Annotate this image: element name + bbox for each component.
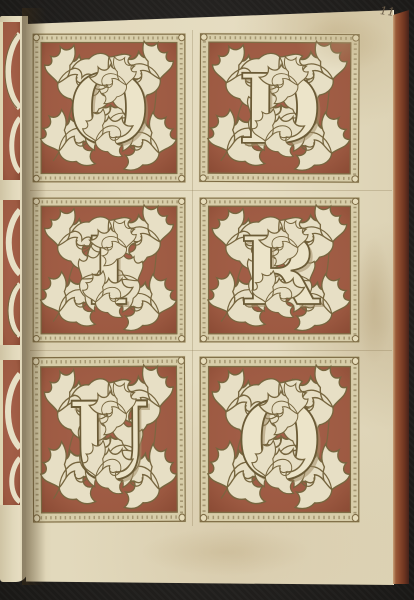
frame-corner-knob (33, 336, 39, 342)
frame-corner-knob (353, 35, 359, 41)
frame-corner-knob (33, 198, 39, 204)
frame-corner-knob (352, 514, 358, 521)
frame-corner-knob (179, 336, 185, 342)
frame-corner-knob (200, 357, 206, 364)
frame-corner-knob (200, 514, 206, 521)
frame-corner-knob (179, 175, 185, 181)
frame-corner-knob (352, 176, 358, 182)
folio-number: 11 (379, 4, 395, 19)
initial-panel-art: O O (32, 33, 186, 183)
facing-page-ornament-fragment (0, 360, 20, 505)
initial-panel-art: I I (32, 197, 186, 343)
ruling-line-horizontal (30, 350, 392, 351)
initial-panel-d-r1c2: D D (199, 33, 360, 183)
ruling-line-horizontal (30, 190, 392, 191)
facing-page-sliver (0, 16, 28, 582)
ruling-line-vertical (192, 30, 193, 526)
manuscript-photo-scene: 11 (0, 0, 414, 600)
initial-panel-o-r1c1: O O (32, 33, 186, 183)
ornament-fragment-art (0, 360, 20, 505)
initial-panel-i-r2c1: I I (32, 197, 186, 343)
frame-corner-knob (179, 34, 185, 40)
frame-corner-knob (33, 34, 39, 40)
frame-corner-knob (201, 34, 207, 40)
initial-panel-art: O O (199, 356, 360, 523)
ornament-fragment-art (0, 22, 20, 180)
frame-corner-knob (179, 198, 185, 204)
frame-corner-knob (34, 515, 40, 522)
frame-corner-knob (352, 336, 358, 342)
initial-panel-u-r3c1: U U (32, 356, 186, 523)
frame-corner-knob (33, 358, 39, 365)
initial-panel-art: D D (199, 33, 361, 184)
facing-page-ornament-fragment (0, 200, 20, 345)
initial-panel-r-r2c2: R R (199, 197, 360, 343)
frame-corner-knob (352, 198, 358, 204)
frame-corner-knob (352, 357, 358, 364)
ornament-fragment-art (0, 200, 20, 345)
frame-corner-knob (200, 198, 206, 204)
initial-panel-o-r3c2: O O (199, 356, 360, 523)
frame-corner-knob (179, 514, 185, 521)
frame-corner-knob (33, 175, 39, 181)
frame-corner-knob (200, 175, 206, 181)
frame-corner-knob (200, 336, 206, 342)
frame-corner-knob (178, 357, 184, 364)
initial-panel-art: R R (199, 197, 360, 343)
facing-page-ornament-fragment (0, 22, 20, 180)
initial-panel-art: U U (32, 356, 187, 524)
book-fore-edge (393, 10, 409, 584)
